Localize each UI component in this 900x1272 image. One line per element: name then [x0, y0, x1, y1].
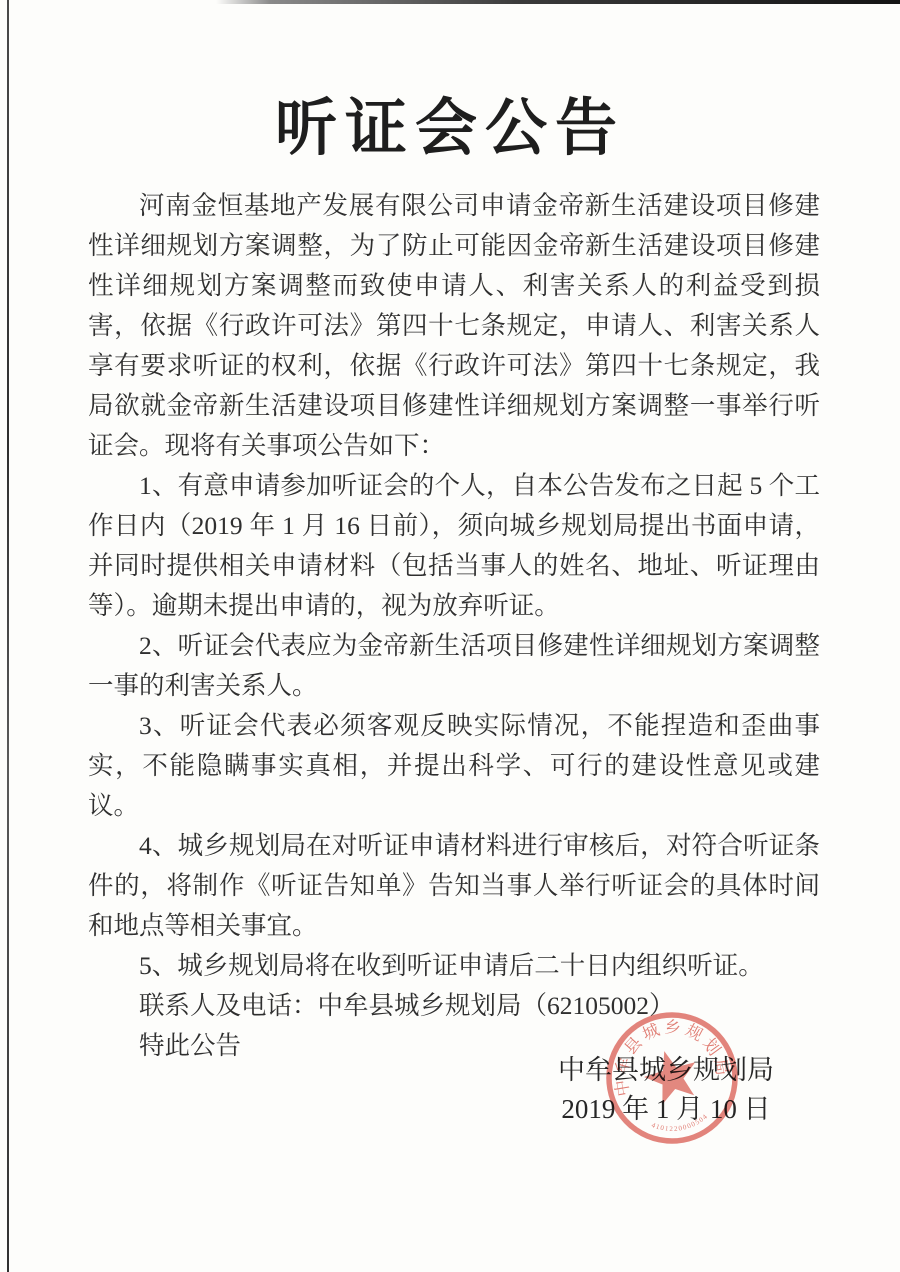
scanned-document-page: 听证会公告 河南金恒基地产发展有限公司申请金帝新生活建设项目修建性详细规划方案调…: [0, 0, 900, 1272]
announcement-body: 河南金恒基地产发展有限公司申请金帝新生活建设项目修建性详细规划方案调整，为了防止…: [88, 186, 820, 1066]
page-title: 听证会公告: [0, 78, 900, 167]
signature-block: 中牟县城乡规划局 2019 年 1 月 10 日: [558, 1051, 774, 1129]
paragraph-item-2: 2、听证会代表应为金帝新生活项目修建性详细规划方案调整一事的利害关系人。: [88, 626, 820, 706]
paragraph-intro: 河南金恒基地产发展有限公司申请金帝新生活建设项目修建性详细规划方案调整，为了防止…: [88, 186, 820, 466]
paragraph-item-5: 5、城乡规划局将在收到听证申请后二十日内组织听证。: [88, 946, 820, 986]
paragraph-item-4: 4、城乡规划局在对听证申请材料进行审核后，对符合听证条件的，将制作《听证告知单》…: [88, 826, 820, 946]
scan-edge-left-artifact: [7, 0, 9, 1272]
paragraph-item-3: 3、听证会代表必须客观反映实际情况，不能捏造和歪曲事实，不能隐瞒事实真相，并提出…: [88, 706, 820, 826]
paragraph-contact: 联系人及电话：中牟县城乡规划局（62105002）: [88, 986, 820, 1026]
paragraph-item-1: 1、有意申请参加听证会的个人，自本公告发布之日起 5 个工作日内（2019 年 …: [88, 466, 820, 626]
scan-edge-top-artifact: [0, 0, 900, 4]
signature-agency: 中牟县城乡规划局: [558, 1051, 774, 1090]
signature-date: 2019 年 1 月 10 日: [558, 1090, 774, 1129]
